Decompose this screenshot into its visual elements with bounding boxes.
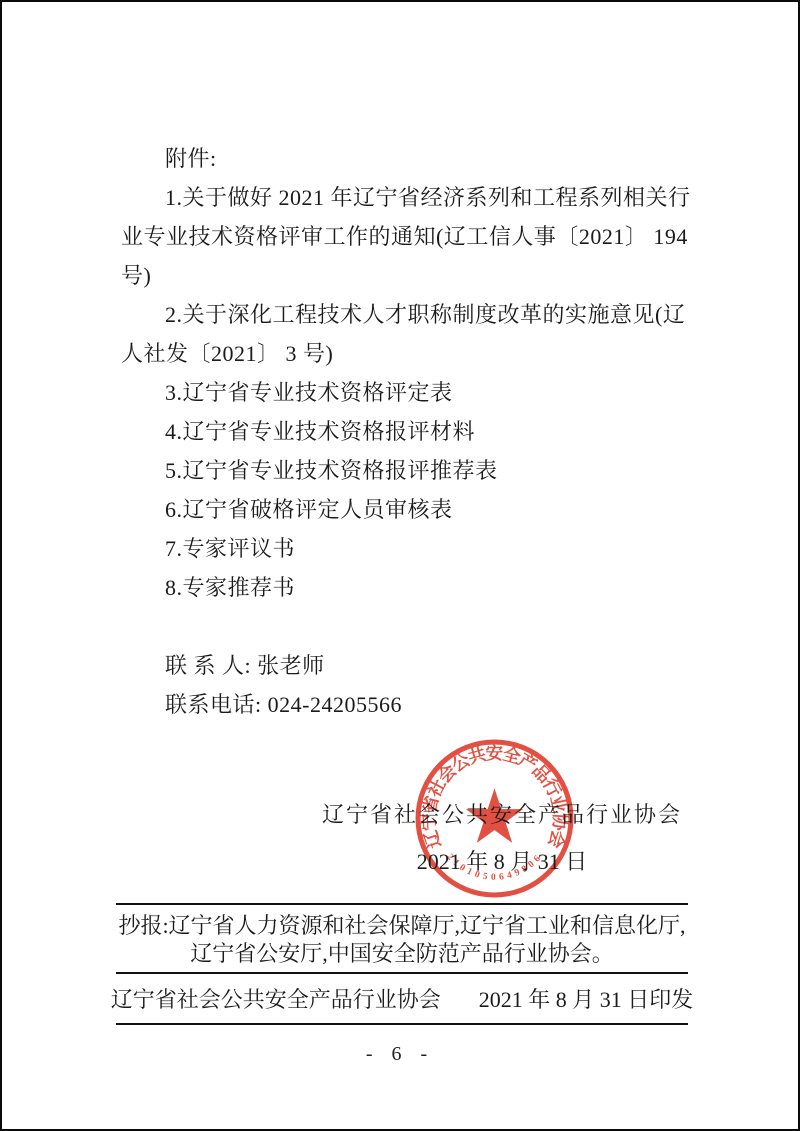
attachment-line: 7.专家评议书 xyxy=(121,529,683,568)
document-body: 附件: 1.关于做好 2021 年辽宁省经济系列和工程系列相关行业专业技术资格评… xyxy=(121,139,683,724)
contact-phone-value: 024-24205566 xyxy=(268,692,402,717)
copy-to-block: 抄报:辽宁省人力资源和社会保障厅,辽宁省工业和信息化厅, 辽宁省公安厅,中国安全… xyxy=(116,905,688,974)
signature-block: 辽宁省社会公共安全产品行业协会 2021 年 8 月 31 日 xyxy=(322,798,682,876)
contact-person-label: 联 系 人: xyxy=(165,653,251,678)
copy-to-line-1: 抄报:辽宁省人力资源和社会保障厅,辽宁省工业和信息化厅, xyxy=(116,912,688,940)
contact-phone-label: 联系电话: xyxy=(165,692,262,717)
signature-date: 2021 年 8 月 31 日 xyxy=(322,845,682,876)
contact-person-line: 联 系 人:张老师 xyxy=(121,646,683,685)
contact-person-value: 张老师 xyxy=(257,653,325,678)
issuer-name: 辽宁省社会公共安全产品行业协会 xyxy=(111,983,441,1014)
signature-org: 辽宁省社会公共安全产品行业协会 xyxy=(322,798,682,829)
attachment-list: 1.关于做好 2021 年辽宁省经济系列和工程系列相关行业专业技术资格评审工作的… xyxy=(121,178,683,607)
attachment-line: 人社发〔2021〕 3 号) xyxy=(121,334,683,373)
issuer-row: 辽宁省社会公共安全产品行业协会 2021 年 8 月 31 日印发 xyxy=(116,974,688,1023)
attachment-line: 6.辽宁省破格评定人员审核表 xyxy=(121,490,683,529)
attachment-line: 3.辽宁省专业技术资格评定表 xyxy=(121,373,683,412)
copy-to-line-2: 辽宁省公安厅,中国安全防范产品行业协会。 xyxy=(116,940,688,968)
attachment-line: 4.辽宁省专业技术资格报评材料 xyxy=(121,412,683,451)
document-page: 附件: 1.关于做好 2021 年辽宁省经济系列和工程系列相关行业专业技术资格评… xyxy=(0,0,800,1131)
attachment-line: 5.辽宁省专业技术资格报评推荐表 xyxy=(121,451,683,490)
attachment-line: 业专业技术资格评审工作的通知(辽工信人事〔2021〕 194 xyxy=(121,217,683,256)
attachment-line: 号) xyxy=(121,256,683,295)
attachment-line: 1.关于做好 2021 年辽宁省经济系列和工程系列相关行 xyxy=(121,178,683,217)
spacer-line xyxy=(121,607,683,646)
attachment-line: 2.关于深化工程技术人才职称制度改革的实施意见(辽 xyxy=(121,295,683,334)
footer-block: 抄报:辽宁省人力资源和社会保障厅,辽宁省工业和信息化厅, 辽宁省公安厅,中国安全… xyxy=(116,903,688,1025)
attachment-line: 8.专家推荐书 xyxy=(121,568,683,607)
print-date: 2021 年 8 月 31 日印发 xyxy=(479,983,694,1014)
contact-phone-line: 联系电话:024-24205566 xyxy=(121,685,683,724)
page-number: - 6 - xyxy=(2,1043,798,1066)
attachments-heading: 附件: xyxy=(121,139,683,178)
